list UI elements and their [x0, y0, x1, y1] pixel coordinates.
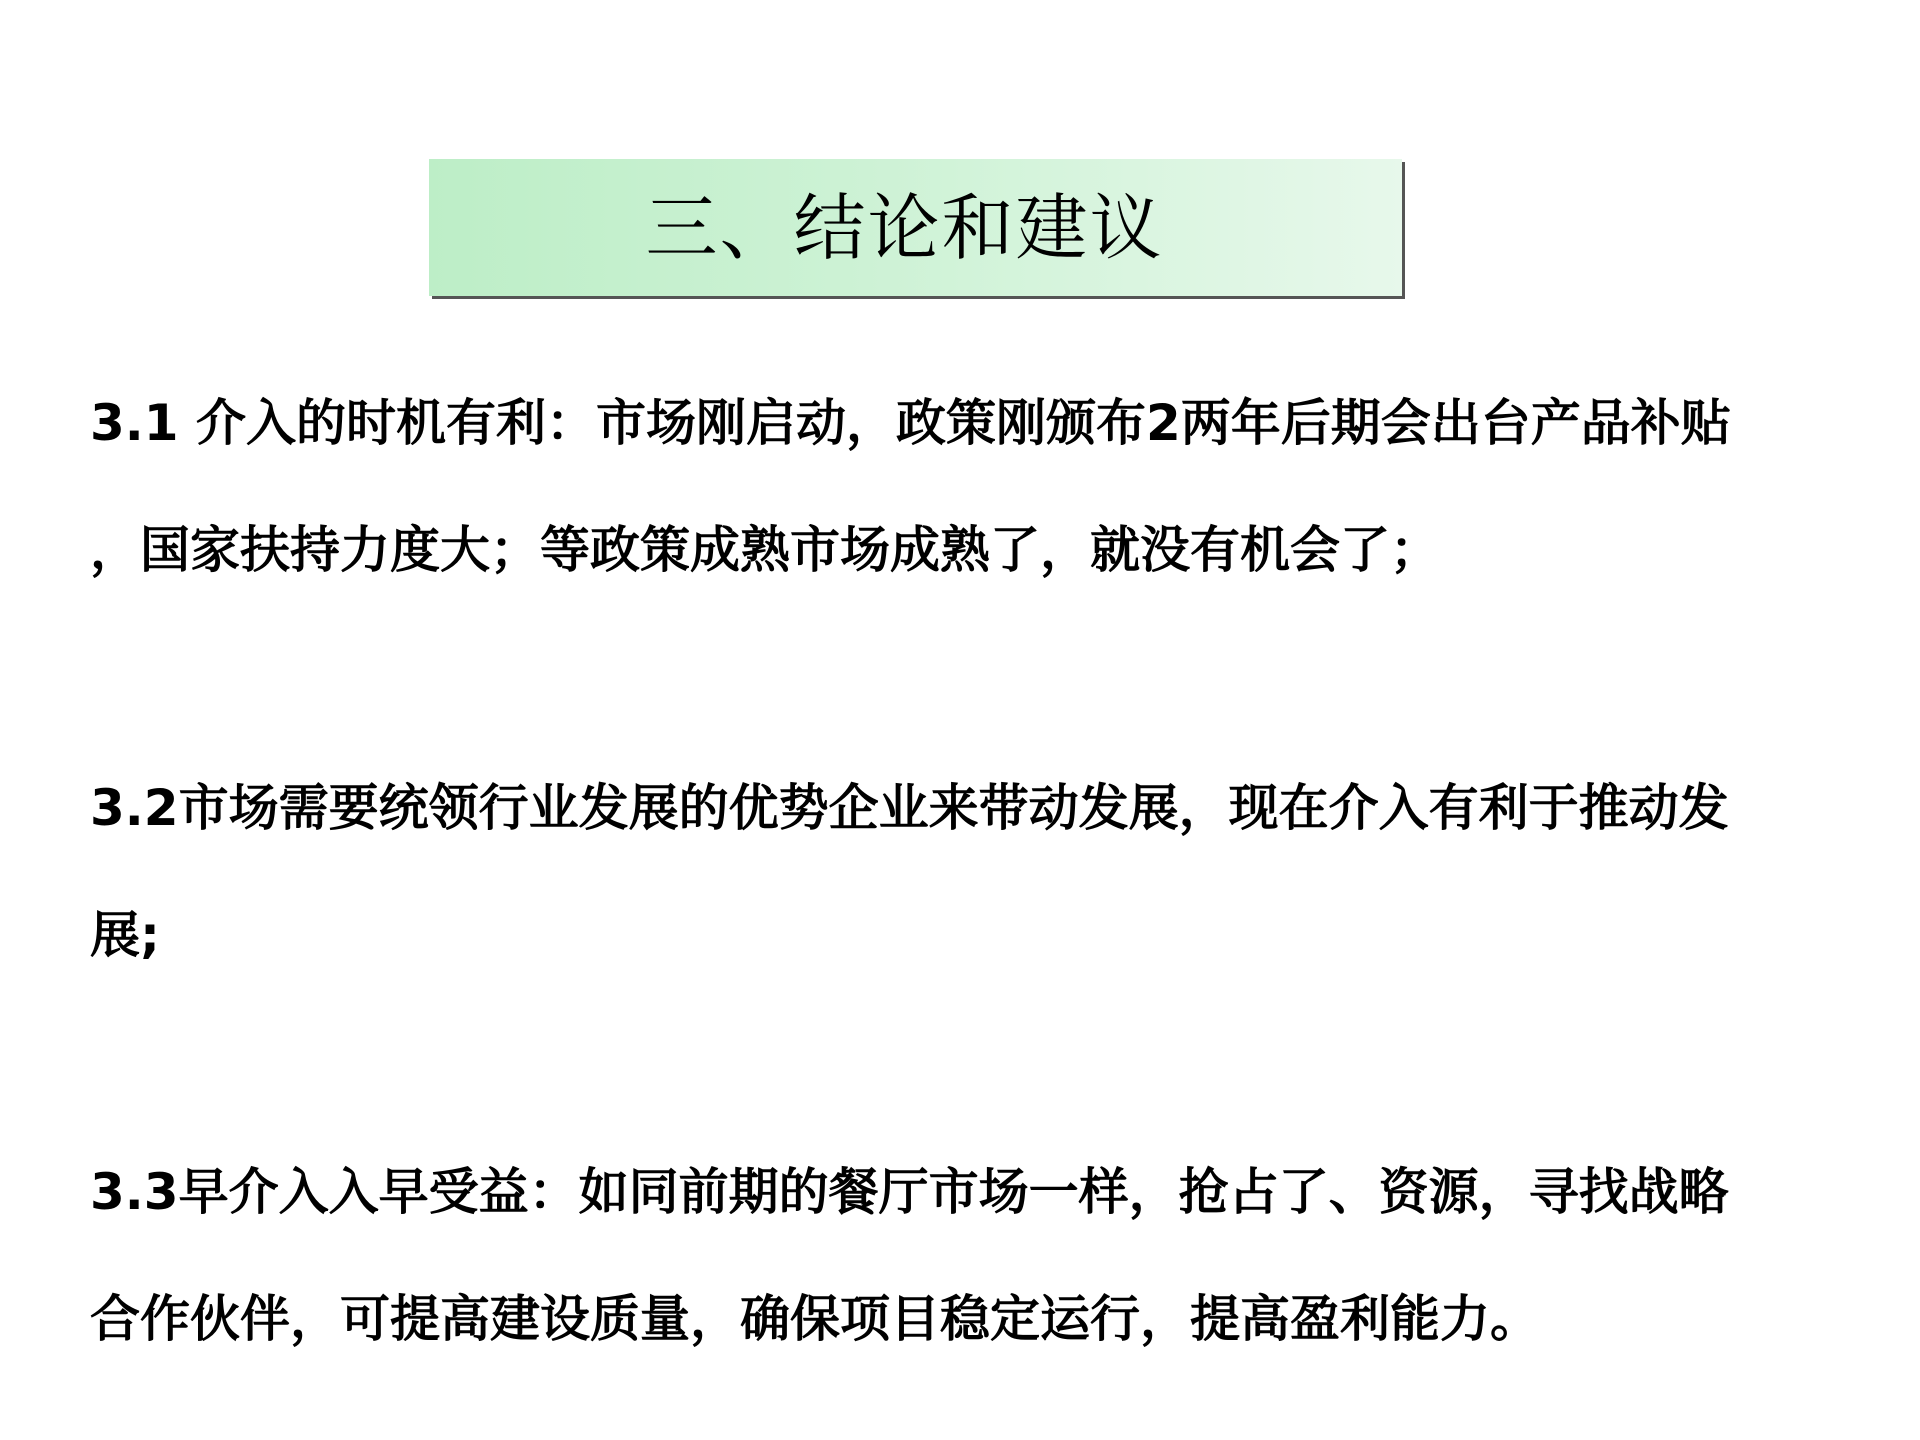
title-box: 三、结论和建议: [429, 159, 1402, 296]
slide-title: 三、结论和建议: [645, 192, 1163, 264]
section-3-1-line-2: ，国家扶持力度大；等政策成熟市场成熟了，就没有机会了；: [90, 520, 1440, 580]
slide: 三、结论和建议 3.1 介入的时机有利：市场刚启动，政策刚颁布2两年后期会出台产…: [0, 0, 1920, 1440]
section-3-3-line-1: 3.3早介入入早受益：如同前期的餐厅市场一样，抢占了、资源，寻找战略: [90, 1162, 1729, 1222]
section-3-2-line-1: 3.2市场需要统领行业发展的优势企业来带动发展，现在介入有利于推动发: [90, 778, 1729, 838]
section-3-2-line-2: 展;: [90, 905, 160, 965]
section-3-3-line-2: 合作伙伴，可提高建设质量，确保项目稳定运行，提高盈利能力。: [90, 1289, 1540, 1349]
section-3-1-line-1: 3.1 介入的时机有利：市场刚启动，政策刚颁布2两年后期会出台产品补贴: [90, 393, 1731, 453]
